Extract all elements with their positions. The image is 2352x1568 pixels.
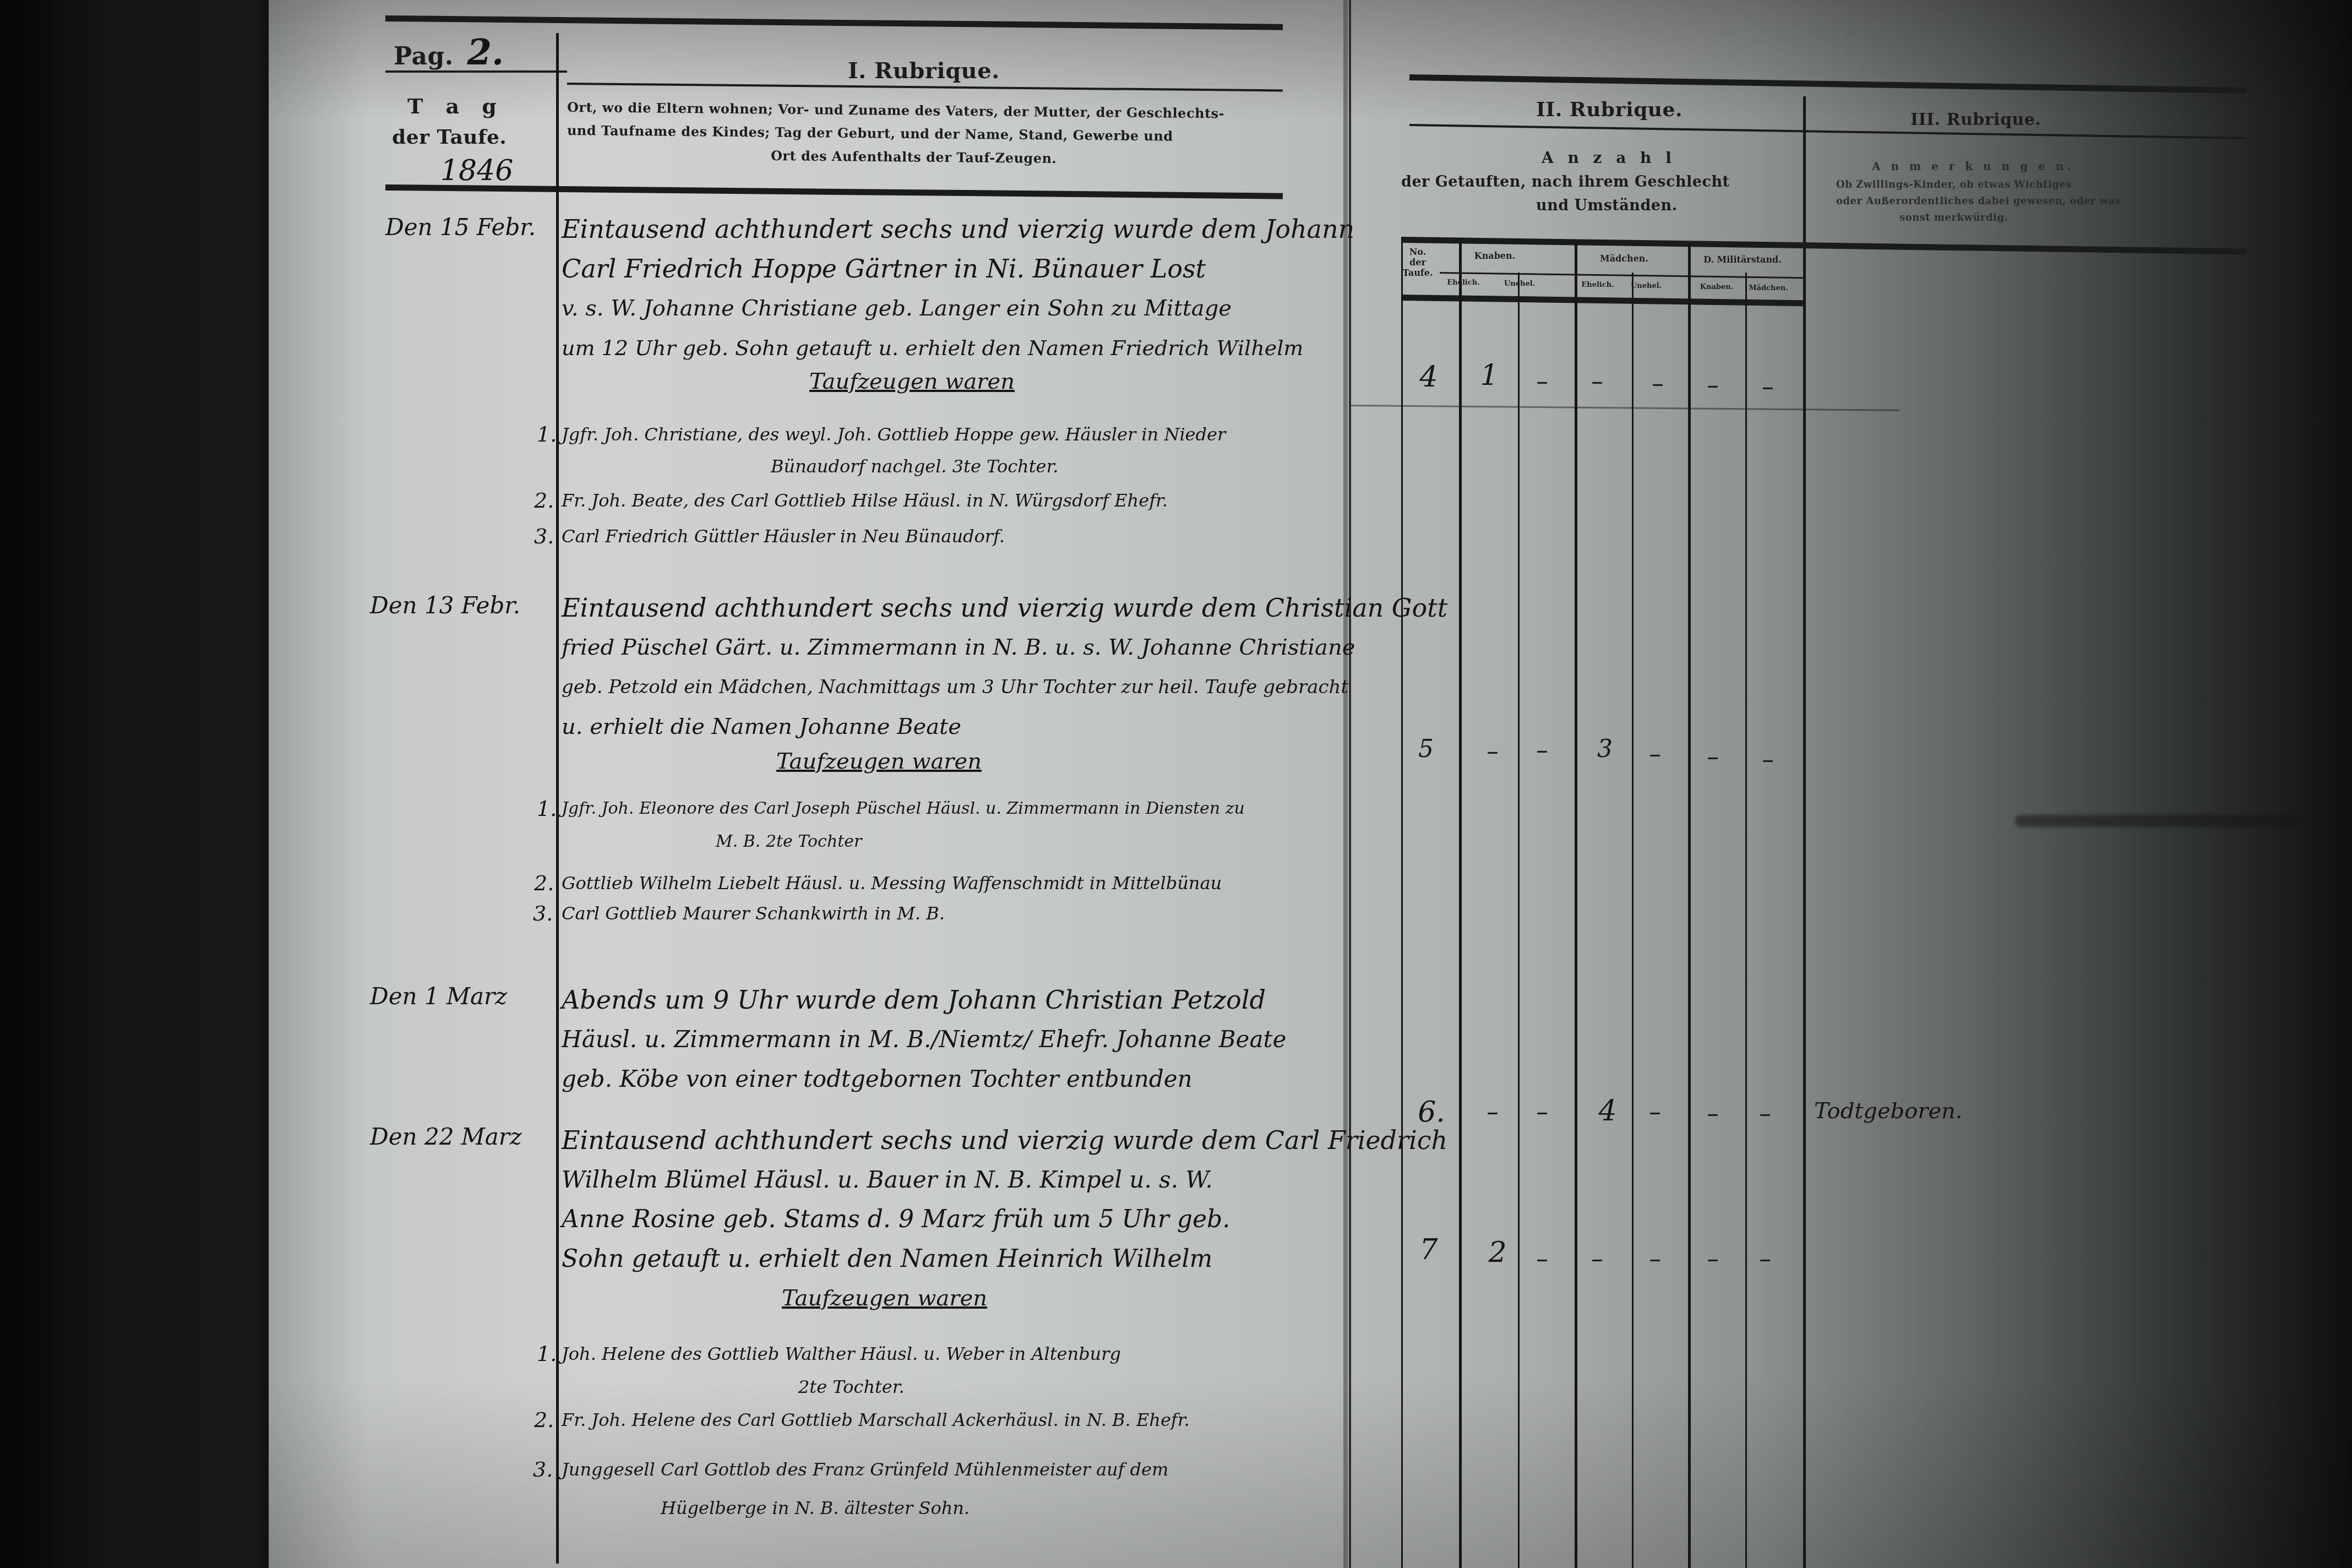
entry-text-line: fried Püschel Gärt. u. Zimmermann in N. …: [562, 628, 1355, 667]
col-maedchen-header: Mädchen.: [1580, 253, 1668, 264]
entry-text-line: geb. Petzold ein Mädchen, Nachmittags um…: [562, 667, 1348, 707]
col-knaben-unehelich: Unehel.: [1498, 280, 1542, 288]
col-knaben-ehelich: Ehelich.: [1441, 279, 1485, 287]
witness-line: 2te Tochter.: [798, 1371, 905, 1403]
count-knaben-ehelich: –: [1487, 738, 1499, 766]
entry-text-line: Sohn getauft u. erhielt den Namen Heinri…: [562, 1239, 1212, 1279]
witness-line: Junggesell Carl Gottlob des Franz Grünfe…: [562, 1453, 1168, 1485]
rubrique-3-desc-2: Ob Zwillings-Kinder, ob etwas Wichtiges: [1836, 179, 2072, 190]
rubrique-2-title: II. Rubrique.: [1536, 98, 1683, 121]
entry-text-line: Abends um 9 Uhr wurde dem Johann Christi…: [562, 980, 1266, 1020]
witness-number: 2.: [534, 484, 554, 516]
count-no: 7: [1409, 1233, 1448, 1266]
col-militaer-header: D. Militärstand.: [1685, 254, 1800, 265]
count-knaben-ehelich: 2: [1481, 1236, 1514, 1269]
count-knaben-unehelich: –: [1536, 737, 1548, 765]
entry-text-line: Eintausend achthundert sechs und vierzig…: [562, 1120, 1447, 1160]
witness-number: 3.: [533, 897, 553, 929]
count-maedchen-unehelich: –: [1652, 370, 1664, 398]
entry-text-line: Anne Rosine geb. Stams d. 9 Marz früh um…: [562, 1200, 1230, 1239]
witness-line: M. B. 2te Tochter: [716, 826, 862, 858]
count-knaben-unehelich: –: [1536, 368, 1548, 396]
witness-number: 1.: [537, 1338, 557, 1370]
rubrique-2-desc-2: der Getauften, nach ihrem Geschlecht: [1401, 173, 1730, 190]
rubrique-1-desc-3: Ort des Aufenthalts der Tauf-Zeugen.: [771, 148, 1057, 166]
page-number: 2.: [467, 32, 504, 73]
witness-number: 1.: [537, 793, 557, 825]
rubrique-3-desc-3: oder Außerordentliches dabei gewesen, od…: [1836, 195, 2121, 207]
count-maedchen-ehelich: –: [1591, 368, 1603, 396]
entry-text-line: Carl Friedrich Hoppe Gärtner in Ni. Büna…: [562, 249, 1206, 288]
ink-smudge: [2015, 815, 2301, 827]
count-mil-knaben: –: [1707, 372, 1719, 400]
rubrique-1-title: I. Rubrique.: [848, 58, 1000, 84]
entry-date: Den 13 Febr.: [370, 592, 520, 619]
register-year: 1846: [440, 154, 513, 187]
rubrique-3-desc-4: sonst merkwürdig.: [1899, 212, 2008, 224]
col-mil-maedchen: Mädchen.: [1746, 284, 1790, 292]
col-mil-knaben: Knaben.: [1695, 283, 1739, 291]
witness-number: 2.: [534, 1404, 554, 1436]
page-label-text: Pag.: [394, 42, 454, 70]
witness-line: Hügelberge in N. B. ältester Sohn.: [661, 1492, 970, 1524]
col-line-6: [1745, 273, 1747, 1568]
count-maedchen-unehelich: –: [1649, 1245, 1661, 1273]
entry-text-line: Eintausend achthundert sechs und vierzig…: [562, 209, 1354, 249]
witness-line: Jgfr. Joh. Christiane, des weyl. Joh. Go…: [562, 418, 1226, 450]
count-mil-maedchen: –: [1762, 746, 1774, 774]
entry-text-line: geb. Köbe von einer todtgebornen Tochter…: [562, 1059, 1193, 1099]
entry-text-line: u. erhielt die Namen Johanne Beate: [562, 707, 961, 747]
witness-heading: Taufzeugen waren: [776, 749, 982, 774]
witness-heading: Taufzeugen waren: [809, 369, 1015, 394]
col-line-4: [1632, 273, 1634, 1568]
entry-date: Den 15 Febr.: [385, 214, 536, 241]
entry-date: Den 1 Marz: [370, 983, 507, 1010]
rubrique-3-desc-1: A n m e r k u n g e n.: [1872, 160, 2074, 173]
entry-remark: Todtgeboren.: [1814, 1098, 1963, 1124]
count-knaben-unehelich: –: [1536, 1245, 1548, 1273]
count-maedchen-unehelich: –: [1649, 1098, 1661, 1126]
count-mil-knaben: –: [1707, 1245, 1719, 1273]
entry-text-line: Eintausend achthundert sechs und vierzig…: [562, 588, 1447, 628]
witness-line: Fr. Joh. Helene des Carl Gottlieb Marsch…: [562, 1404, 1190, 1436]
rubrique-3-title: III. Rubrique.: [1910, 110, 2041, 129]
count-mil-maedchen: –: [1759, 1100, 1771, 1128]
witness-line: Fr. Joh. Beate, des Carl Gottlieb Hilse …: [562, 484, 1168, 516]
witness-line: Joh. Helene des Gottlieb Walther Häusl. …: [562, 1338, 1121, 1370]
count-knaben-unehelich: –: [1536, 1098, 1548, 1126]
count-no: 4: [1409, 361, 1448, 394]
count-maedchen-unehelich: –: [1649, 741, 1661, 769]
col-line-0: [1401, 237, 1403, 1568]
witness-line: Gottlieb Wilhelm Liebelt Häusl. u. Messi…: [562, 867, 1222, 899]
count-no: 5: [1407, 735, 1445, 763]
col-maedchen-ehelich: Ehelich.: [1576, 281, 1620, 289]
col-line-5: [1688, 242, 1691, 1568]
col-line-2: [1518, 273, 1520, 1568]
witness-number: 3.: [533, 1453, 553, 1485]
witness-number: 2.: [534, 867, 554, 899]
count-maedchen-ehelich: –: [1591, 1245, 1603, 1273]
witness-line: Bünaudorf nachgel. 3te Tochter.: [771, 450, 1058, 482]
count-maedchen-ehelich: 3: [1583, 735, 1627, 763]
witness-number: 3.: [534, 520, 554, 552]
count-maedchen-ehelich: 4: [1586, 1095, 1630, 1128]
witness-line: Carl Gottlieb Maurer Schankwirth in M. B…: [562, 897, 945, 929]
entry-text-line: Häusl. u. Zimmermann in M. B./Niemtz/ Eh…: [562, 1020, 1286, 1059]
pag-rule: [385, 70, 567, 73]
col-knaben-header: Knaben.: [1440, 251, 1550, 261]
col-date-header-1: T a g: [407, 94, 504, 118]
entry-text-line: um 12 Uhr geb. Sohn getauft u. erhielt d…: [562, 328, 1303, 368]
count-knaben-ehelich: –: [1487, 1098, 1499, 1126]
witness-heading: Taufzeugen waren: [782, 1286, 987, 1311]
rubrique-2-desc-1: A n z a h l: [1542, 149, 1676, 167]
col-maedchen-unehelich: Unehel.: [1624, 282, 1668, 290]
col-line-1: [1459, 242, 1462, 1568]
count-mil-knaben: –: [1707, 743, 1719, 771]
entry-text-line: Wilhelm Blümel Häusl. u. Bauer in N. B. …: [562, 1160, 1213, 1200]
col-no-header: No. der Taufe.: [1401, 247, 1434, 278]
witness-number: 1.: [537, 418, 557, 450]
rubrique-2-desc-3: und Umständen.: [1536, 197, 1678, 214]
count-knaben-ehelich: 1: [1464, 359, 1514, 392]
count-mil-maedchen: –: [1762, 373, 1774, 401]
witness-line: Jgfr. Joh. Eleonore des Carl Joseph Püsc…: [562, 793, 1245, 825]
entry-text-line: v. s. W. Johanne Christiane geb. Langer …: [562, 288, 1232, 328]
col-line-3: [1575, 242, 1577, 1568]
count-mil-knaben: –: [1707, 1100, 1719, 1128]
entry-date: Den 22 Marz: [370, 1123, 522, 1150]
witness-line: Carl Friedrich Güttler Häusler in Neu Bü…: [562, 520, 1005, 552]
rubrique-3-divider: [1803, 96, 1806, 1568]
count-mil-maedchen: –: [1759, 1245, 1771, 1273]
page-label: Pag. 2.: [394, 32, 504, 73]
col-date-header-2: der Taufe.: [392, 126, 507, 149]
